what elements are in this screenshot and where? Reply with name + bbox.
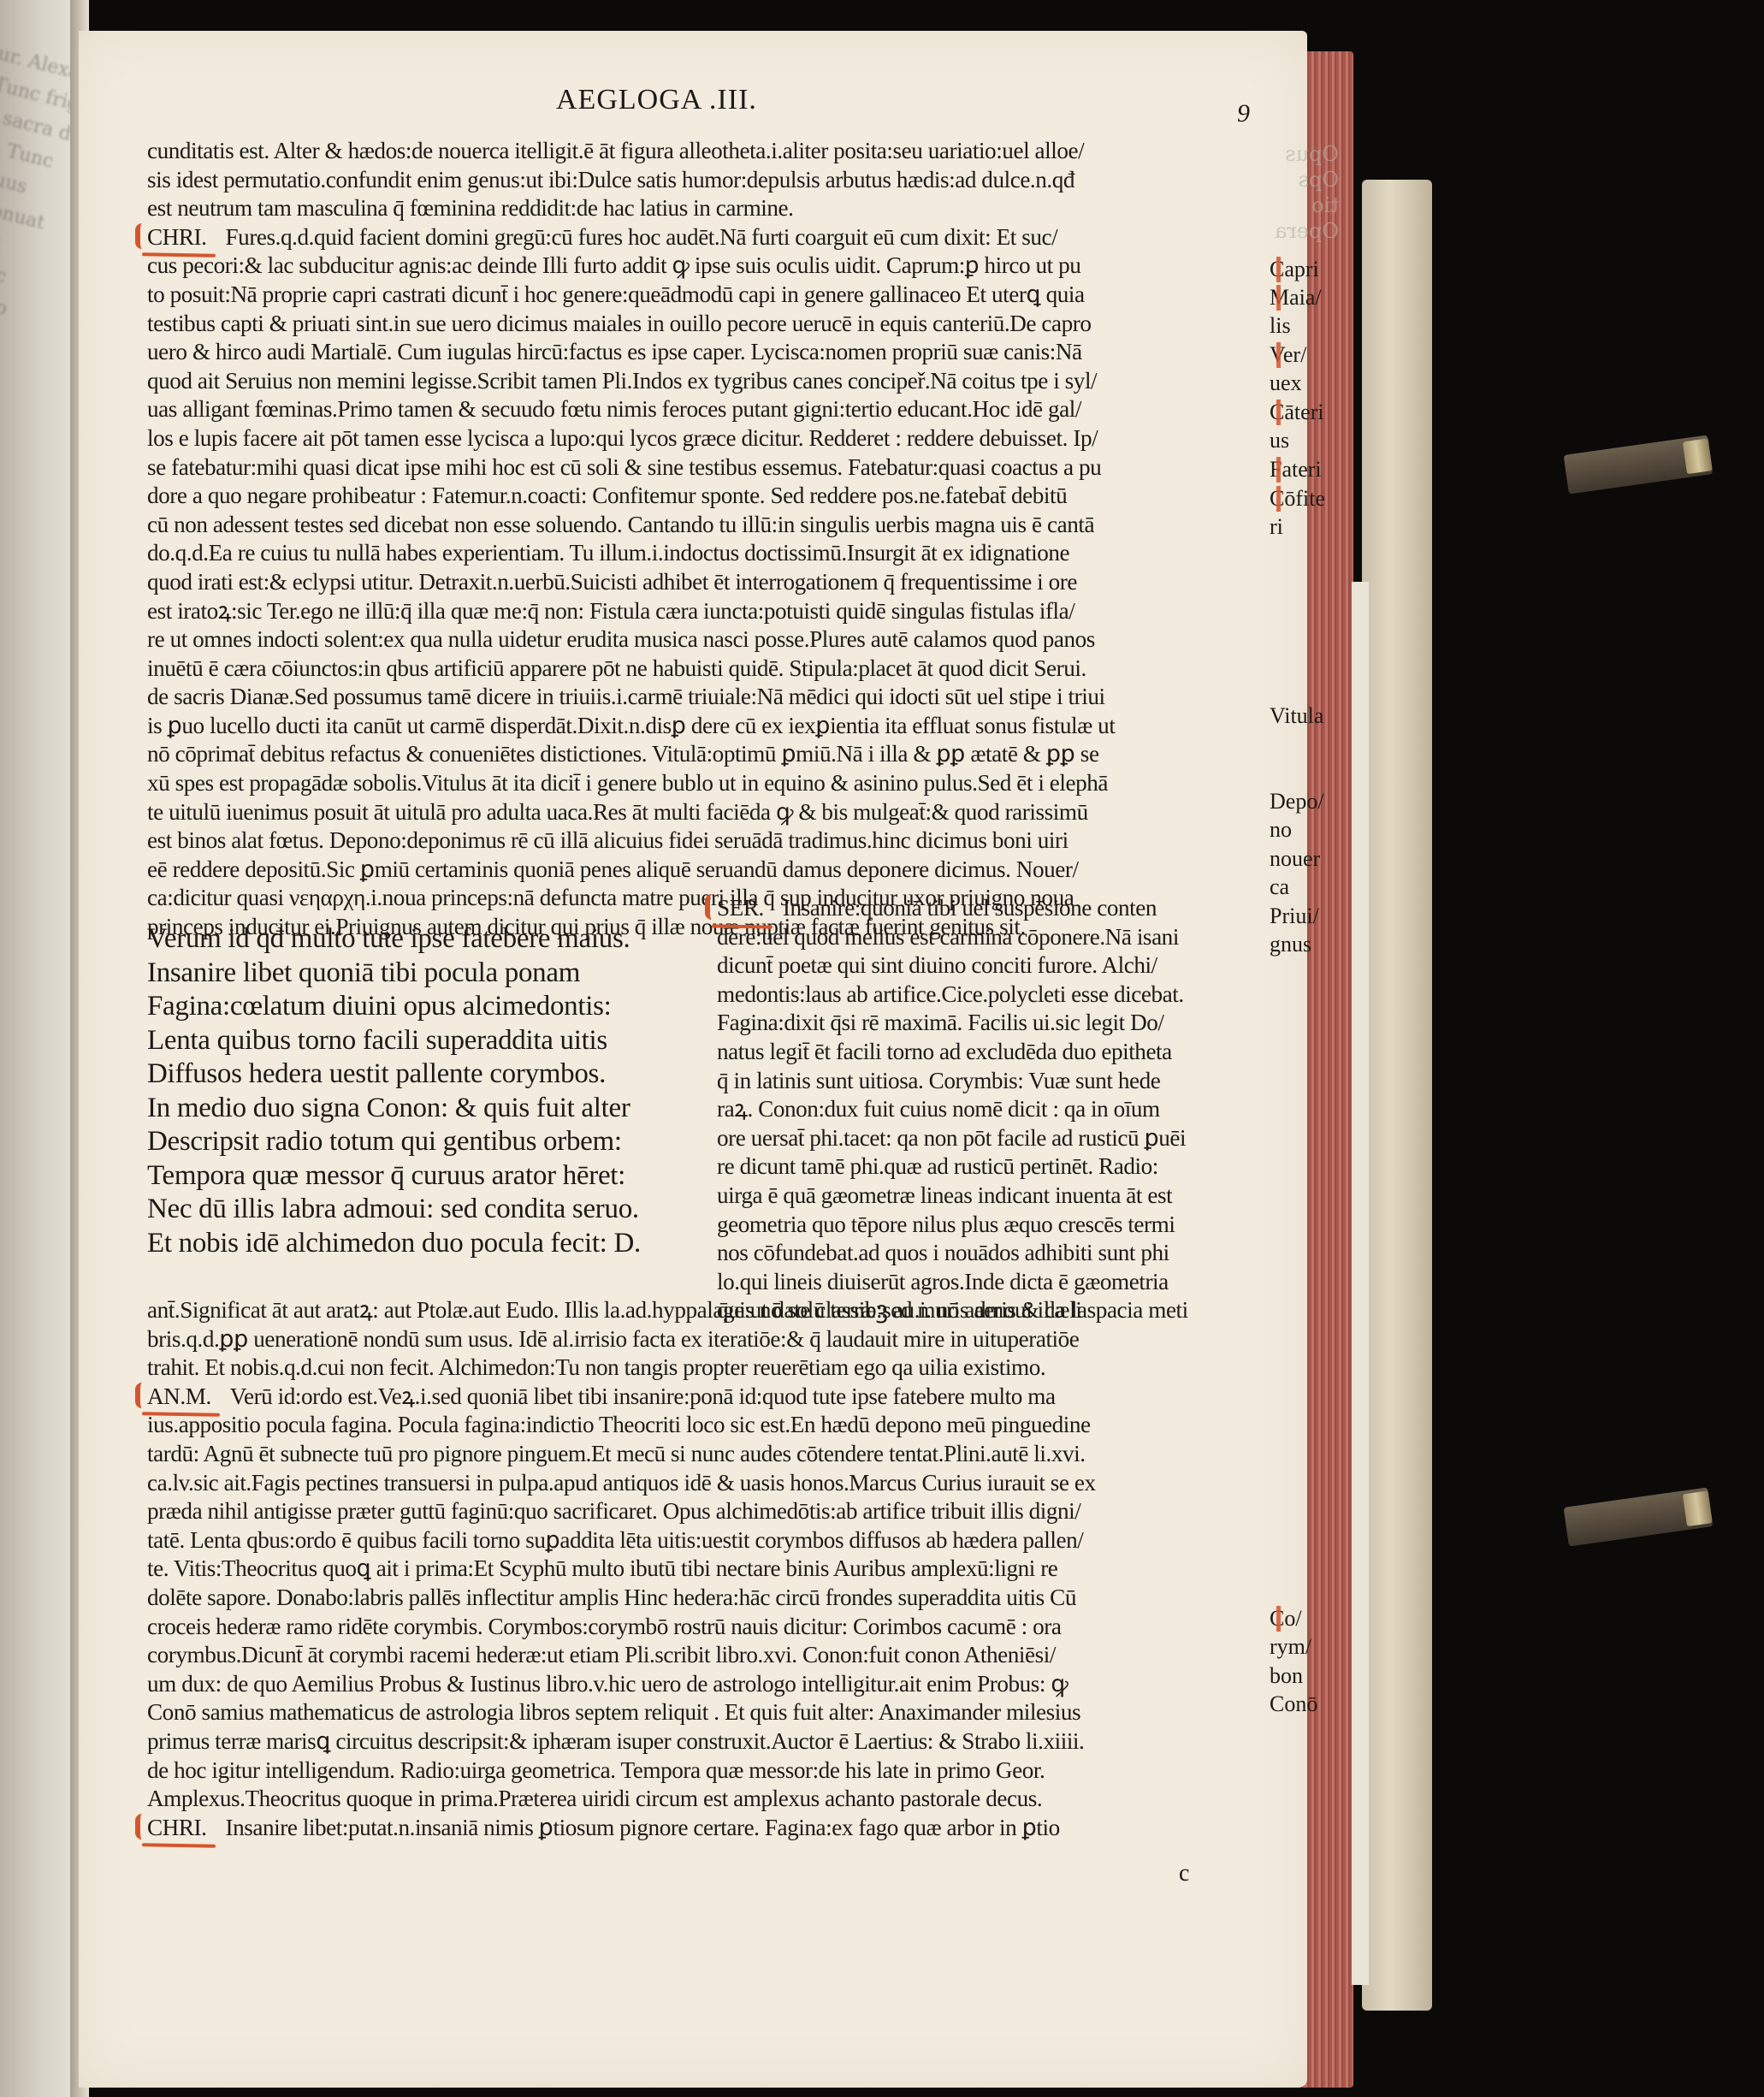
text-line: de hoc igitur intelligendum. Radio:uirga…	[147, 1756, 1259, 1786]
text-line: eē reddere depositū.Sic ꝑmiū certaminis …	[147, 856, 1259, 885]
text-line: um dux: de quo Aemilius Probus & Iustinu…	[147, 1670, 1259, 1699]
line-text: cus pecori:& lac subducitur agnis:ac dei…	[147, 252, 1080, 278]
text-line: CHRI.Fures.q.d.quid facient domini gregū…	[147, 223, 1259, 252]
red-page-edges	[1302, 51, 1353, 2088]
text-line: est iratoꝝ:sic Ter.ego ne illū:q̄ illa q…	[147, 597, 1259, 626]
rubric-speaker-label: AN.M.	[147, 1383, 211, 1412]
commentary-bottom-block: ant̄.Significat āt aut aratꝝ: aut Ptolæ.…	[147, 1296, 1259, 1842]
margin-note: ca	[1270, 873, 1289, 902]
verse-line: Tempora quæ messor q̄ curuus arator hēre…	[147, 1159, 703, 1194]
rubric-speaker-label: SER.	[717, 894, 764, 923]
line-text: ius.appositio pocula fagina. Pocula fagi…	[147, 1412, 1091, 1437]
margin-note: rym/	[1270, 1632, 1311, 1662]
text-line: CHRI.Insanire libet:putat.n.insaniā nimi…	[147, 1814, 1259, 1843]
text-line: corymbus.Dicunt̄ āt corymbi racemi heder…	[147, 1641, 1259, 1670]
text-line: cus pecori:& lac subducitur agnis:ac dei…	[147, 252, 1259, 281]
text-line: croceis hederæ ramo ridēte corymbis. Cor…	[147, 1613, 1259, 1642]
margin-note: uex	[1270, 369, 1302, 398]
text-line: to posuit:Nā proprie capri castrati dicu…	[147, 281, 1259, 310]
line-text: los e lupis facere ait pōt tamen esse ly…	[147, 425, 1098, 451]
text-line: cunditatis est. Alter & hædos:de nouerca…	[147, 137, 1259, 166]
line-text: se fatebatur:mihi quasi dicat ipse mihi …	[147, 454, 1101, 480]
line-text: tardū: Agnū ēt subnecte tuū pro pignore …	[147, 1441, 1086, 1466]
line-text: q̄ in latinis sunt uitiosa. Corymbis: Vu…	[717, 1068, 1160, 1093]
line-text: est iratoꝝ:sic Ter.ego ne illū:q̄ illa q…	[147, 598, 1074, 624]
line-text: est binos alat fœtus. Depono:deponimus r…	[147, 827, 1068, 853]
text-line: Fagina:dixit q̄si rē maximā. Facilis ui.…	[717, 1009, 1264, 1038]
text-line: bris.q.d.ꝑꝑ uenerationē nondū sum usus. …	[147, 1325, 1259, 1354]
text-line: dicunt̄ poetæ qui sint diuino conciti fu…	[717, 951, 1264, 980]
verse-block: Verum id qđ multo tute ipse fatebere mai…	[147, 922, 703, 1260]
text-line: do.q.d.Ea re cuius tu nullā habes experi…	[147, 539, 1259, 568]
line-text: geometria quo tēpore nilus plus æquo cre…	[717, 1211, 1175, 1237]
margin-note: Priui/	[1270, 902, 1319, 931]
margin-note: bon	[1270, 1662, 1303, 1691]
line-text: lo.qui lineis diuiserūt agros.Inde dicta…	[717, 1269, 1169, 1294]
line-text: Verū id:ordo est.Veꝝ.i.sed quoniā libet …	[230, 1383, 1056, 1409]
text-line: quod ait Seruius non memini legisse.Scri…	[147, 367, 1259, 396]
line-text: trahit. Et nobis.q.d.cui non fecit. Alch…	[147, 1354, 1045, 1380]
line-text: dere:uel quod melius est carmina cōponer…	[717, 924, 1179, 950]
verse-line: Nec dū illis labra admoui: sed condita s…	[147, 1193, 703, 1227]
text-line: est neutrum tam masculina q̄ fœminina re…	[147, 194, 1259, 223]
folio-number: 9	[1237, 99, 1250, 128]
text-line: natus legit̄ ēt facili torno ad excludēd…	[717, 1038, 1264, 1067]
line-text: dore a quo negare prohibeatur : Fatemur.…	[147, 483, 1067, 508]
text-line: xū spes est propagādæ sobolis.Vitulus āt…	[147, 769, 1259, 798]
text-line: re dicunt tamē phi.quæ ad rusticū pertin…	[717, 1152, 1264, 1182]
line-text: re ut omnes indocti solent:ex qua nulla …	[147, 626, 1095, 652]
line-text: cū non adessent testes sed dicebat non e…	[147, 512, 1094, 537]
text-line: testibus capti & priuati sint.in sue uer…	[147, 310, 1259, 339]
text-line: te. Vitis:Theocritus quoꝗ ait i prima:Et…	[147, 1555, 1259, 1584]
text-line: te uitulū iuenimus posuit āt uitulā pro …	[147, 798, 1259, 827]
line-text: primus terræ marisꝗ circuitus descripsit…	[147, 1728, 1084, 1754]
margin-note: us	[1270, 426, 1289, 455]
line-text: nos cōfundebat.ad quos i nouādos adhibit…	[717, 1240, 1169, 1265]
text-line: tatē. Lenta qbus:ordo ē quibus facili to…	[147, 1526, 1259, 1555]
commentary-top-block: cunditatis est. Alter & hædos:de nouerca…	[147, 137, 1259, 942]
line-text: testibus capti & priuati sint.in sue uer…	[147, 311, 1092, 336]
text-line: præda nihil antigisse præter guttū fagin…	[147, 1497, 1259, 1526]
line-text: is ꝑuo lucello ducti ita canūt ut carmē …	[147, 713, 1115, 738]
line-text: uas alligant fœminas.Primo tamen & secuu…	[147, 396, 1081, 422]
verse-line: Lenta quibus torno facili superaddita ui…	[147, 1024, 703, 1058]
text-line: trahit. Et nobis.q.d.cui non fecit. Alch…	[147, 1354, 1259, 1383]
text-line: uirga ē quā gæometræ lineas indicant inu…	[717, 1182, 1264, 1211]
line-text: ca.lv.sic ait.Fagis pectines transuersi …	[147, 1470, 1096, 1496]
margin-note: Capri	[1270, 255, 1319, 284]
text-line: sis idest permutatio.confundit enim genu…	[147, 166, 1259, 195]
running-head: AEGLOGA .III.	[556, 84, 757, 116]
text-line: nō cōprimat̄ debitus refactus & conueniē…	[147, 740, 1259, 769]
line-text: re dicunt tamē phi.quæ ad rusticū pertin…	[717, 1153, 1158, 1179]
verse-line: Verum id qđ multo tute ipse fatebere mai…	[147, 922, 703, 957]
line-text: Insanire:quoniā tibi uel suspēsione cont…	[783, 895, 1157, 921]
line-text: uirga ē quā gæometræ lineas indicant inu…	[717, 1182, 1172, 1208]
line-text: natus legit̄ ēt facili torno ad excludēd…	[717, 1039, 1172, 1064]
line-text: quod irati est:& eclypsi utitur. Detraxi…	[147, 569, 1077, 595]
line-text: te. Vitis:Theocritus quoꝗ ait i prima:Et…	[147, 1555, 1057, 1581]
margin-note: nouer	[1270, 844, 1320, 874]
bleed-through-margin: OpusOpstioOpera	[1275, 141, 1339, 244]
text-line: q̄ in latinis sunt uitiosa. Corymbis: Vu…	[717, 1067, 1264, 1096]
line-text: Fures.q.d.quid facient domini gregū:cū f…	[226, 224, 1058, 250]
text-line: inuētū ē cæra cōiunctos:in qbus artifici…	[147, 655, 1259, 684]
verse-line: Et nobis idē alchimedon duo pocula fecit…	[147, 1227, 703, 1261]
text-line: re ut omnes indocti solent:ex qua nulla …	[147, 625, 1259, 655]
line-text: de hoc igitur intelligendum. Radio:uirga…	[147, 1757, 1045, 1783]
line-text: um dux: de quo Aemilius Probus & Iustinu…	[147, 1671, 1068, 1697]
margin-note: ri	[1270, 512, 1283, 542]
margin-note: gnus	[1270, 930, 1311, 959]
margin-note: Ver/	[1270, 341, 1306, 370]
text-line: dore a quo negare prohibeatur : Fatemur.…	[147, 482, 1259, 511]
text-line: dolēte sapore. Donabo:labris pallēs infl…	[147, 1584, 1259, 1613]
line-text: nō cōprimat̄ debitus refactus & conueniē…	[147, 741, 1099, 767]
margin-note: Conō	[1270, 1690, 1317, 1719]
rubric-speaker-label: CHRI.	[147, 1814, 207, 1843]
line-text: Amplexus.Theocritus quoque in prima.Præt…	[147, 1786, 1042, 1811]
text-line: ore uersat̄ phi.tacet: qa non pōt facile…	[717, 1124, 1264, 1153]
text-line: ant̄.Significat āt aut aratꝝ: aut Ptolæ.…	[147, 1296, 1259, 1325]
line-text: de sacris Dianæ.Sed possumus tamē dicere…	[147, 684, 1105, 709]
margin-note: no	[1270, 815, 1292, 844]
text-line: Conō samius mathematicus de astrologia l…	[147, 1698, 1259, 1727]
text-line: is ꝑuo lucello ducti ita canūt ut carmē …	[147, 712, 1259, 741]
margin-note: Maia/	[1270, 283, 1322, 312]
text-line: de sacris Dianæ.Sed possumus tamē dicere…	[147, 683, 1259, 712]
verse-line: In medio duo signa Conon: & quis fuit al…	[147, 1092, 703, 1126]
line-text: ore uersat̄ phi.tacet: qa non pōt facile…	[717, 1125, 1186, 1151]
line-text: te uitulū iuenimus posuit āt uitulā pro …	[147, 799, 1088, 825]
text-line: tardū: Agnū ēt subnecte tuū pro pignore …	[147, 1440, 1259, 1469]
line-text: quod ait Seruius non memini legisse.Scri…	[147, 368, 1097, 394]
text-line: cū non adessent testes sed dicebat non e…	[147, 511, 1259, 540]
line-text: corymbus.Dicunt̄ āt corymbi racemi heder…	[147, 1642, 1056, 1668]
line-text: uero & hirco audi Martialē. Cum iugulas …	[147, 339, 1082, 364]
line-text: xū spes est propagādæ sobolis.Vitulus āt…	[147, 770, 1108, 796]
text-line: quod irati est:& eclypsi utitur. Detraxi…	[147, 568, 1259, 597]
text-line: primus terræ marisꝗ circuitus descripsit…	[147, 1727, 1259, 1756]
text-line: raꝝ. Conon:dux fuit cuius nomē dicit : q…	[717, 1095, 1264, 1124]
side-commentary-block: SER.Insanire:quoniā tibi uel suspēsione …	[717, 894, 1264, 1325]
text-line: nos cōfundebat.ad quos i nouādos adhibit…	[717, 1239, 1264, 1268]
line-text: Conō samius mathematicus de astrologia l…	[147, 1699, 1080, 1725]
line-text: inuētū ē cæra cōiunctos:in qbus artifici…	[147, 655, 1086, 681]
line-text: ant̄.Significat āt aut aratꝝ: aut Ptolæ.…	[147, 1297, 1087, 1323]
line-text: bris.q.d.ꝑꝑ uenerationē nondū sum usus. …	[147, 1326, 1079, 1352]
line-text: dolēte sapore. Donabo:labris pallēs infl…	[147, 1585, 1076, 1610]
rubric-speaker-label: CHRI.	[147, 223, 207, 252]
line-text: eē reddere depositū.Sic ꝑmiū certaminis …	[147, 856, 1079, 882]
text-line: uas alligant fœminas.Primo tamen & secuu…	[147, 395, 1259, 424]
margin-note: Vitula	[1270, 702, 1323, 731]
margin-note: Cāteri	[1270, 398, 1324, 427]
line-text: est neutrum tam masculina q̄ fœminina re…	[147, 195, 794, 221]
line-text: sis idest permutatio.confundit enim genu…	[147, 167, 1074, 193]
brass-clasp-upper	[1564, 435, 1714, 494]
verse-line: Fagina:cœlatum diuini opus alcimedontis:	[147, 990, 703, 1024]
text-line: ius.appositio pocula fagina. Pocula fagi…	[147, 1411, 1259, 1440]
line-text: præda nihil antigisse præter guttū fagin…	[147, 1498, 1080, 1524]
page-fore-edge	[1352, 582, 1369, 1985]
line-text: cunditatis est. Alter & hædos:de nouerca…	[147, 138, 1084, 163]
facing-left-page: ntur. Alexandriei Tunc frigusaux sacra d…	[0, 0, 79, 2097]
line-text: Insanire libet:putat.n.insaniā nimis ꝑti…	[226, 1815, 1060, 1840]
line-text: croceis hederæ ramo ridēte corymbis. Cor…	[147, 1614, 1062, 1639]
margin-note: Co/	[1270, 1604, 1302, 1633]
text-line: Amplexus.Theocritus quoque in prima.Præt…	[147, 1785, 1259, 1814]
text-line: SER.Insanire:quoniā tibi uel suspēsione …	[717, 894, 1264, 923]
line-text: Fagina:dixit q̄si rē maximā. Facilis ui.…	[717, 1010, 1164, 1035]
text-line: dere:uel quod melius est carmina cōponer…	[717, 923, 1264, 952]
facing-page-blurred-text: ntur. Alexandriei Tunc frigusaux sacra d…	[0, 34, 79, 435]
text-line: est binos alat fœtus. Depono:deponimus r…	[147, 826, 1259, 856]
margin-note: Fateri	[1270, 455, 1322, 484]
line-text: tatē. Lenta qbus:ordo ē quibus facili to…	[147, 1527, 1083, 1553]
text-line: lo.qui lineis diuiserūt agros.Inde dicta…	[717, 1268, 1264, 1297]
text-line: ca.lv.sic ait.Fagis pectines transuersi …	[147, 1469, 1259, 1498]
line-text: to posuit:Nā proprie capri castrati dicu…	[147, 281, 1085, 307]
text-line: medontis:laus ab artifice.Cice.polycleti…	[717, 980, 1264, 1010]
brass-clasp-lower	[1564, 1487, 1714, 1546]
line-text: medontis:laus ab artifice.Cice.polycleti…	[717, 981, 1184, 1007]
signature-mark: c	[1179, 1860, 1189, 1887]
margin-note: Cōfite	[1270, 484, 1325, 513]
line-text: raꝝ. Conon:dux fuit cuius nomē dicit : q…	[717, 1096, 1160, 1122]
text-line: uero & hirco audi Martialē. Cum iugulas …	[147, 338, 1259, 367]
vellum-binding	[1362, 180, 1432, 2011]
margin-note: Depo/	[1270, 787, 1324, 816]
margin-note: lis	[1270, 311, 1291, 341]
verse-line: Descripsit radio totum qui gentibus orbe…	[147, 1125, 703, 1159]
line-text: do.q.d.Ea re cuius tu nullā habes experi…	[147, 540, 1069, 566]
verse-line: Diffusos hedera uestit pallente corymbos…	[147, 1057, 703, 1092]
text-line: geometria quo tēpore nilus plus æquo cre…	[717, 1211, 1264, 1240]
text-line: AN.M.Verū id:ordo est.Veꝝ.i.sed quoniā l…	[147, 1383, 1259, 1412]
text-line: los e lupis facere ait pōt tamen esse ly…	[147, 424, 1259, 453]
text-line: se fatebatur:mihi quasi dicat ipse mihi …	[147, 453, 1259, 483]
verse-line: Insanire libet quoniā tibi pocula ponam	[147, 957, 703, 991]
line-text: dicunt̄ poetæ qui sint diuino conciti fu…	[717, 952, 1157, 978]
